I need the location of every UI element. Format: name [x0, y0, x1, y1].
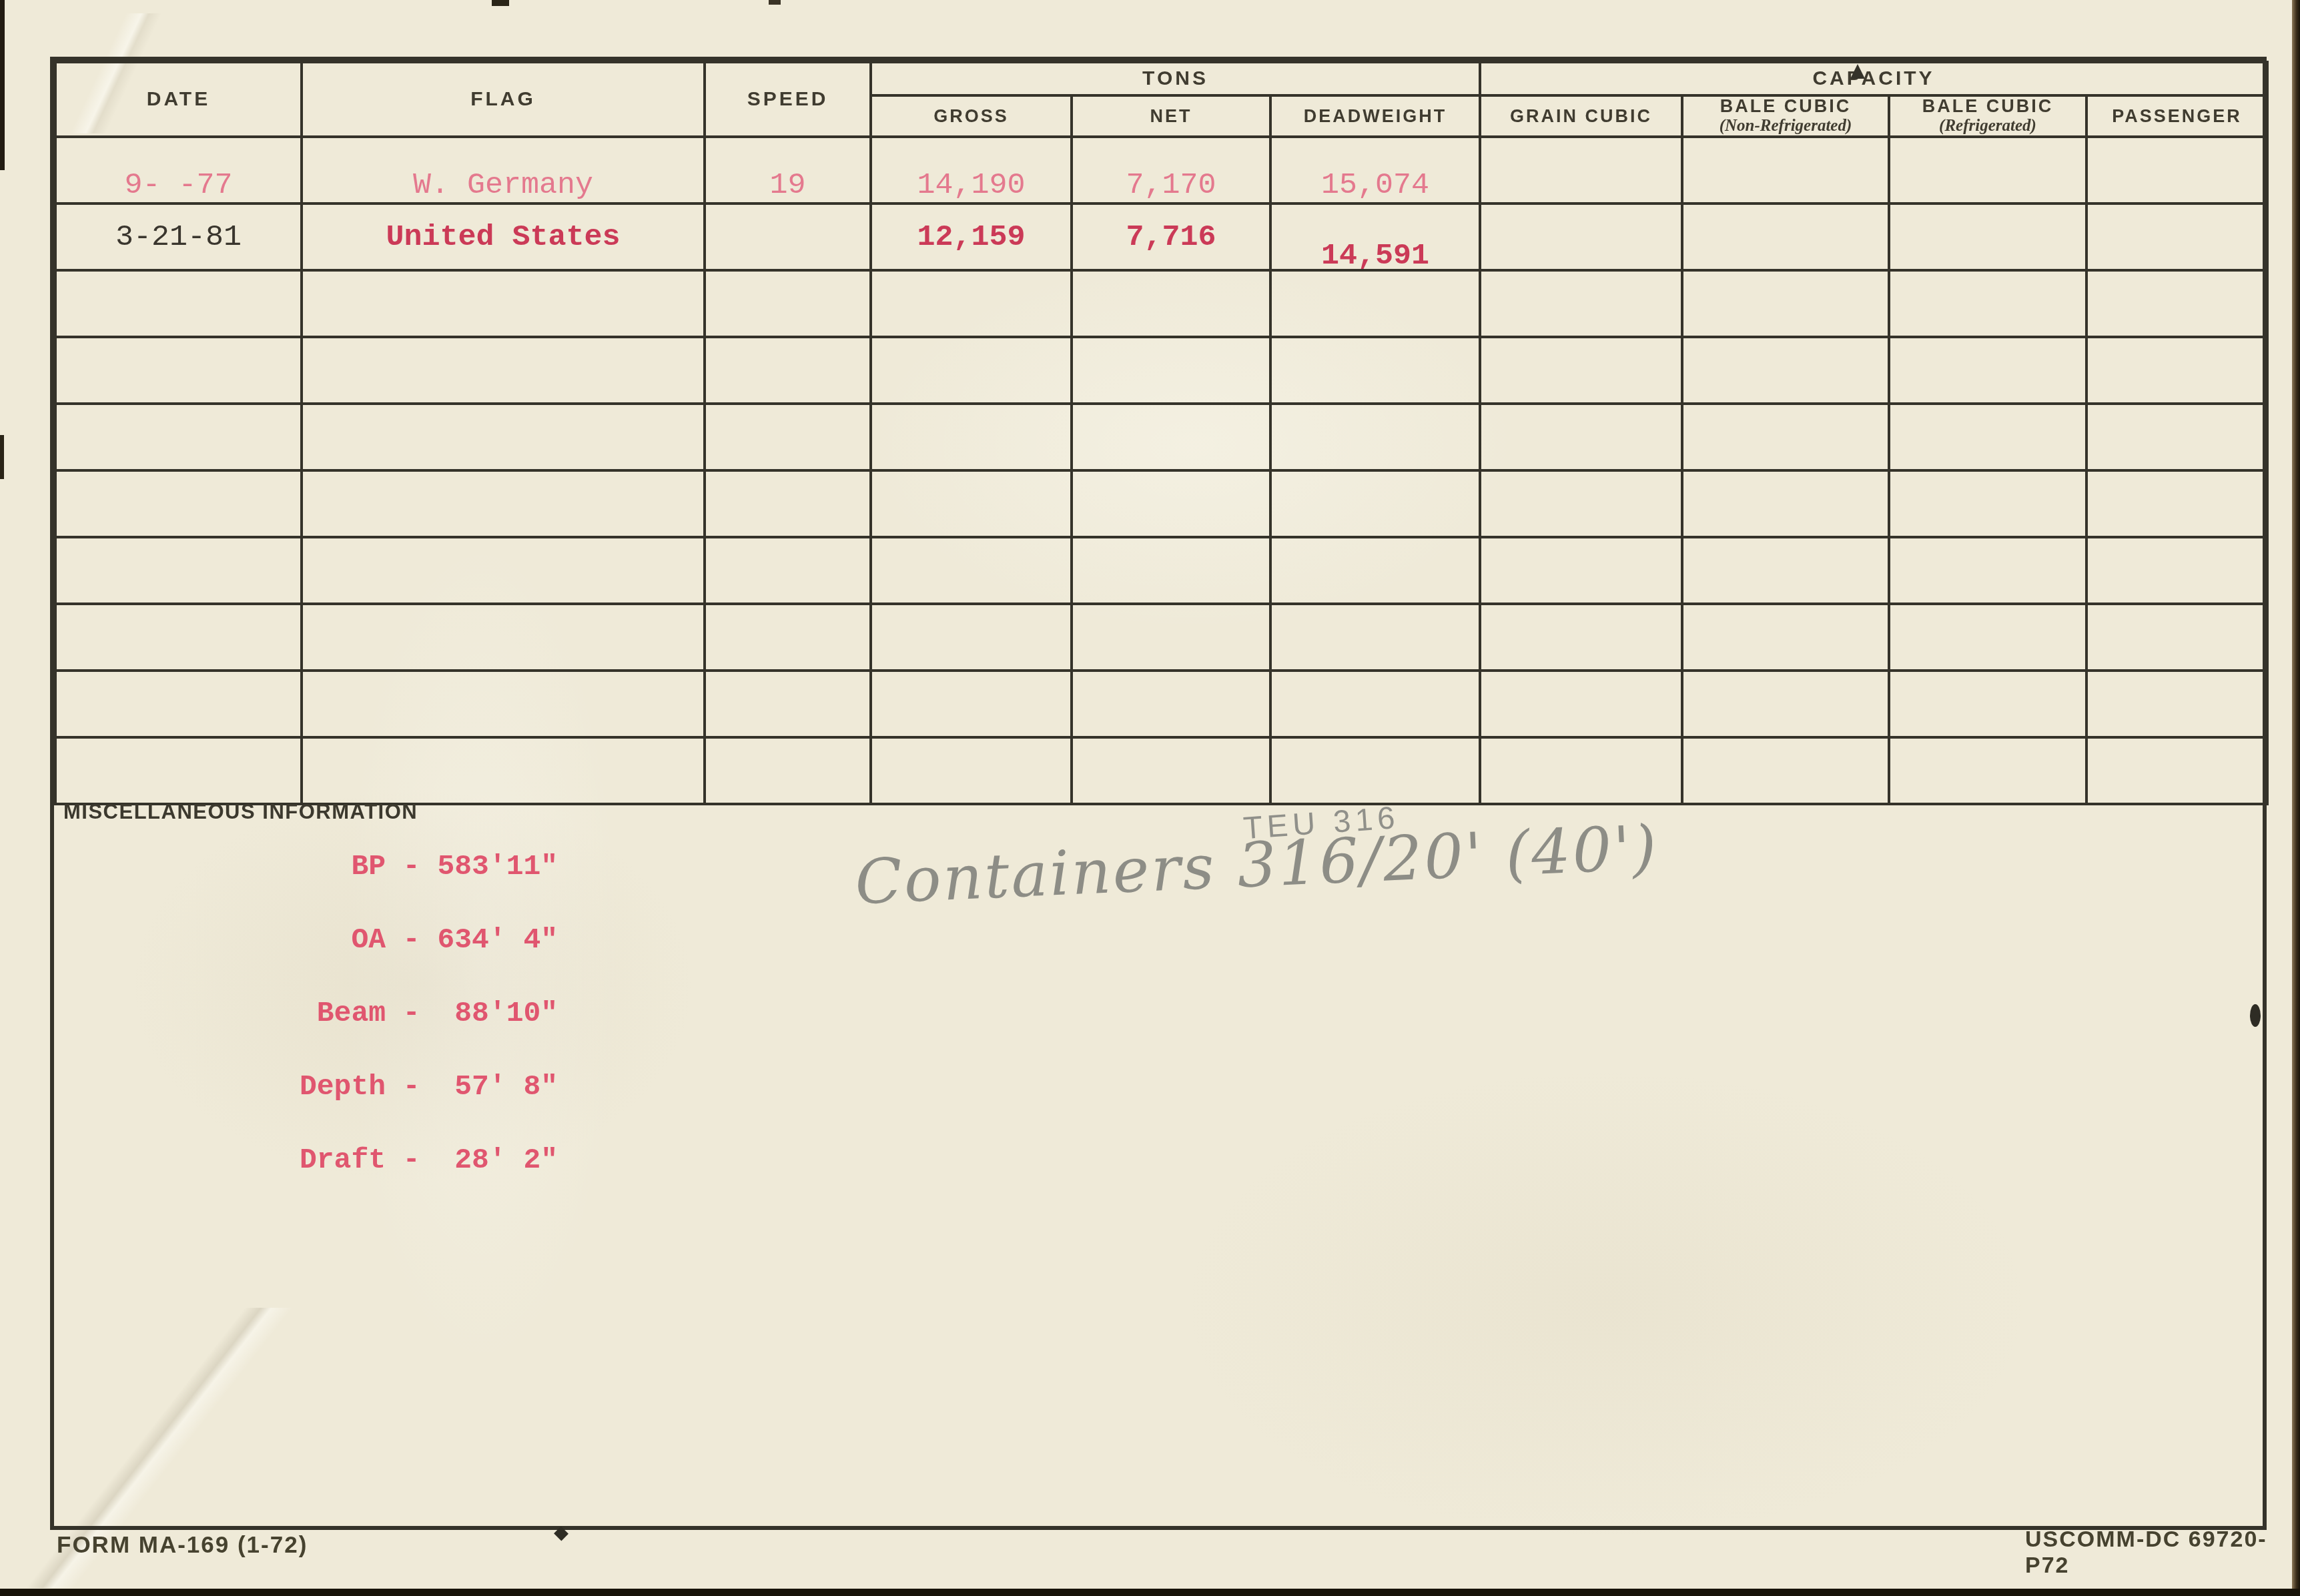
passenger-1981	[2086, 204, 2267, 270]
scan-edge-shadow-left-top	[0, 0, 5, 170]
header-bale-cubic-nonref: BALE CUBIC (Non-Refrigerated)	[1682, 95, 1889, 137]
empty-row	[55, 737, 2267, 804]
form-number-caption: FORM MA-169 (1-72)	[57, 1532, 308, 1559]
empty-row	[55, 671, 2267, 737]
speed-1981	[705, 204, 871, 270]
scanned-record-card: DATE FLAG SPEED TONS CAPACITY GROSS NET …	[0, 0, 2300, 1596]
paper-sheet: DATE FLAG SPEED TONS CAPACITY GROSS NET …	[0, 0, 2295, 1590]
gross-tons-1977: 14,190	[871, 137, 1072, 204]
draft-line: Draft - 28' 2"	[300, 1144, 558, 1176]
right-border-ink-blob	[2250, 1004, 2261, 1027]
beam-line: Beam - 88'10"	[300, 997, 558, 1030]
print-code-caption: USCOMM-DC 69720-P72	[2025, 1527, 2295, 1579]
empty-row	[55, 470, 2267, 537]
header-group-row: DATE FLAG SPEED TONS CAPACITY	[55, 62, 2267, 95]
scan-edge-mark-left	[0, 435, 4, 479]
bale-nonref-1977	[1682, 137, 1889, 204]
date-1977: 9- -77	[55, 137, 302, 204]
empty-row	[55, 537, 2267, 604]
empty-row	[55, 604, 2267, 671]
dimension-lines: BP - 583'11" OA - 634' 4" Beam - 88'10" …	[300, 848, 558, 1178]
depth-line: Depth - 57' 8"	[300, 1070, 558, 1103]
deadweight-tons-1981: 14,591	[1270, 208, 1480, 274]
scan-edge-tick-top-1	[492, 0, 509, 6]
vessel-record-table: DATE FLAG SPEED TONS CAPACITY GROSS NET …	[54, 61, 2269, 805]
record-card-border-box: DATE FLAG SPEED TONS CAPACITY GROSS NET …	[50, 57, 2267, 1530]
flag-1977: W. Germany	[302, 137, 705, 204]
bale-nonref-subtitle: (Non-Refrigerated)	[1683, 117, 1888, 135]
header-net: NET	[1072, 95, 1270, 137]
header-deadweight: DEADWEIGHT	[1270, 95, 1480, 137]
bale-ref-title: BALE CUBIC	[1890, 97, 2085, 115]
bale-ref-1981	[1889, 204, 2086, 270]
header-tons-group: TONS	[871, 62, 1480, 95]
capacity-caret-ink-mark	[1850, 64, 1865, 79]
net-tons-1981: 7,716	[1072, 204, 1270, 270]
bale-ref-1977	[1889, 137, 2086, 204]
record-row-1981: 3-21-81 United States 12,159 7,716 14,59…	[55, 204, 2267, 270]
miscellaneous-information-area: MISCELLANEOUS INFORMATION BP - 583'11" O…	[54, 795, 2263, 1526]
empty-row	[55, 270, 2267, 337]
scan-edge-shadow-bottom	[0, 1589, 2300, 1596]
header-capacity-group: CAPACITY	[1480, 62, 2267, 95]
miscellaneous-information-label: MISCELLANEOUS INFORMATION	[63, 800, 418, 824]
header-date: DATE	[55, 62, 302, 137]
speed-1977: 19	[705, 137, 871, 204]
header-grain-cubic: GRAIN CUBIC	[1480, 95, 1682, 137]
flag-1981: United States	[302, 204, 705, 270]
scan-edge-tick-top-2	[769, 0, 781, 5]
header-passenger: PASSENGER	[2086, 95, 2267, 137]
bale-ref-subtitle: (Refrigerated)	[1890, 117, 2085, 135]
date-1981: 3-21-81	[55, 204, 302, 270]
passenger-1977	[2086, 137, 2267, 204]
header-flag: FLAG	[302, 62, 705, 137]
scan-edge-shadow-right	[2292, 0, 2300, 1596]
header-speed: SPEED	[705, 62, 871, 137]
empty-row	[55, 337, 2267, 404]
grain-cubic-1981	[1480, 204, 1682, 270]
deadweight-tons-1977: 15,074	[1270, 137, 1480, 204]
bp-length-line: BP - 583'11"	[300, 850, 558, 883]
header-bale-cubic-ref: BALE CUBIC (Refrigerated)	[1889, 95, 2086, 137]
record-row-1977: 9- -77 W. Germany 19 14,190 7,170 15,074	[55, 137, 2267, 204]
bale-nonref-1981	[1682, 204, 1889, 270]
bale-nonref-title: BALE CUBIC	[1683, 97, 1888, 115]
gross-tons-1981: 12,159	[871, 204, 1072, 270]
net-tons-1977: 7,170	[1072, 137, 1270, 204]
grain-cubic-1977	[1480, 137, 1682, 204]
header-gross: GROSS	[871, 95, 1072, 137]
empty-row	[55, 404, 2267, 470]
oa-length-line: OA - 634' 4"	[300, 923, 558, 956]
